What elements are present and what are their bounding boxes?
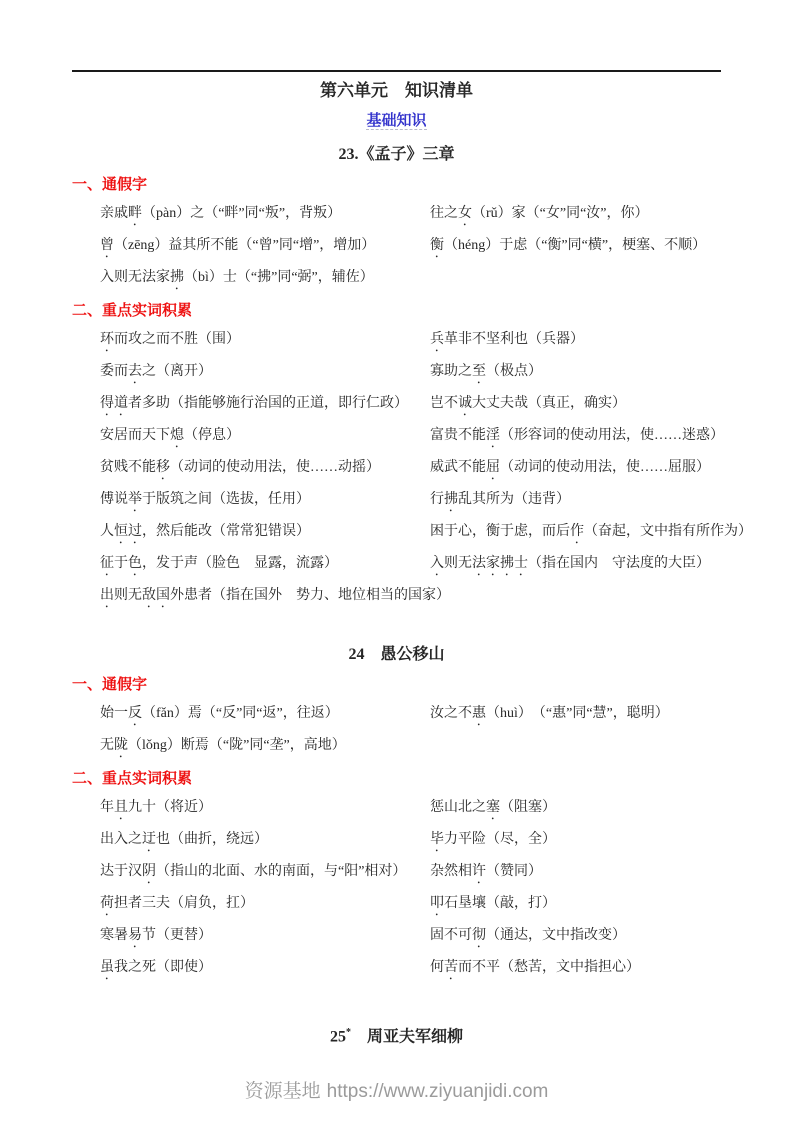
entry-row: 安居而天下熄（停息）富贵不能淫（形容词的使动用法，使……迷惑） [72, 420, 721, 452]
entry-left: 年且九十（将近） [100, 792, 430, 824]
emphasized-word: 许 [472, 864, 486, 879]
entry-row: 出则无敌国外患者（指在国外 势力、地位相当的国家） [72, 580, 721, 612]
lesson-number-sup: * [346, 1027, 351, 1038]
emphasized-word: 塞 [486, 800, 500, 815]
emphasized-word: 举 [128, 492, 142, 507]
footer-watermark: 资源基地https://www.ziyuanjidi.com [72, 1078, 721, 1106]
entry-left: 征于色，发于声（脸色 显露，流露） [100, 548, 430, 580]
emphasized-word: 虽 [100, 960, 114, 975]
emphasized-word: 惠 [472, 706, 486, 721]
header-rule [72, 70, 721, 72]
entry-right: 固不可彻（通达，文中指改变） [430, 920, 721, 952]
entry-left: 安居而天下熄（停息） [100, 420, 430, 452]
emphasized-word: 女 [458, 206, 472, 221]
entry-left: 傅说举于版筑之间（选拔，任用） [100, 484, 430, 516]
entry-row: 委而去之（离开）寡助之至（极点） [72, 356, 721, 388]
emphasized-word: 熄 [170, 428, 184, 443]
entry-right: 兵革非不坚利也（兵器） [430, 324, 721, 356]
emphasized-word: 迂 [142, 832, 156, 847]
entry-right: 毕力平险（尽，全） [430, 824, 721, 856]
basics-link-row: 基础知识 [72, 108, 721, 134]
entry-right: 富贵不能淫（形容词的使动用法，使……迷惑） [430, 420, 724, 452]
entry-right: 岂不诚大丈夫哉（真正，确实） [430, 388, 721, 420]
basics-knowledge-link[interactable]: 基础知识 [366, 113, 426, 130]
entry-row: 曾（zēng）益其所不能（“曾”同“增”，增加）衡（héng）于虑（“衡”同“横… [72, 230, 721, 262]
entry-right: 何苦而不平（愁苦，文中指担心） [430, 952, 721, 984]
emphasized-word: 法家拂士 [472, 556, 528, 571]
entry-row: 傅说举于版筑之间（选拔，任用）行拂乱其所为（违背） [72, 484, 721, 516]
emphasized-word: 入 [430, 556, 444, 571]
entry-row: 虽我之死（即使）何苦而不平（愁苦，文中指担心） [72, 952, 721, 984]
emphasized-word: 苦 [444, 960, 458, 975]
entry-row: 征于色，发于声（脸色 显露，流露）入则无法家拂士（指在国内 守法度的大臣） [72, 548, 721, 580]
entry-right: 威武不能屈（动词的使动用法，使……屈服） [430, 452, 721, 484]
emphasized-word: 荷 [100, 896, 114, 911]
emphasized-word: 衡 [430, 238, 444, 253]
emphasized-word: 恒过 [114, 524, 142, 539]
emphasized-word: 畔 [128, 206, 142, 221]
emphasized-word: 兵 [430, 332, 444, 347]
emphasized-word: 且 [114, 800, 128, 815]
entry-right: 寡助之至（极点） [430, 356, 721, 388]
footer-url: https://www.ziyuanjidi.com [327, 1081, 549, 1102]
entry-left: 出入之迂也（曲折，绕远） [100, 824, 430, 856]
emphasized-word: 陇 [114, 738, 128, 753]
entry-right: 困于心，衡于虑，而后作（奋起，文中指有所作为） [430, 516, 752, 548]
entry-row: 入则无法家拂（bì）士（“拂”同“弼”，辅佐） [72, 262, 721, 294]
entry-left: 贫贱不能移（动词的使动用法，使……动摇） [100, 452, 430, 484]
entry-right: 叩石垦壤（敲，打） [430, 888, 721, 920]
lesson-block-23: 23.《孟子》三章一、通假字亲戚畔（pàn）之（“畔”同“叛”，背叛）往之女（r… [72, 142, 721, 612]
lessons-container: 23.《孟子》三章一、通假字亲戚畔（pàn）之（“畔”同“叛”，背叛）往之女（r… [72, 142, 721, 1050]
entry-right [430, 580, 721, 612]
entry-left: 出则无敌国外患者（指在国外 势力、地位相当的国家） [100, 580, 430, 612]
entry-right [430, 730, 721, 762]
entry-left: 无陇（lǒng）断焉（“陇”同“垄”，高地） [100, 730, 430, 762]
entry-row: 无陇（lǒng）断焉（“陇”同“垄”，高地） [72, 730, 721, 762]
entry-row: 得道者多助（指能够施行治国的正道，即行仁政）岂不诚大丈夫哉（真正，确实） [72, 388, 721, 420]
emphasized-word: 敌国 [142, 588, 170, 603]
emphasized-word: 易 [128, 928, 142, 943]
entry-row: 荷担者三夫（肩负，扛）叩石垦壤（敲，打） [72, 888, 721, 920]
emphasized-word: 诚 [458, 396, 472, 411]
emphasized-word: 征 [100, 556, 114, 571]
section-heading: 二、重点实词积累 [72, 766, 721, 792]
entry-left: 环而攻之而不胜（围） [100, 324, 430, 356]
entry-left: 亲戚畔（pàn）之（“畔”同“叛”，背叛） [100, 198, 430, 230]
entry-row: 人恒过，然后能改（常常犯错误）困于心，衡于虑，而后作（奋起，文中指有所作为） [72, 516, 721, 548]
emphasized-word: 得道 [100, 396, 128, 411]
section-heading: 一、通假字 [72, 172, 721, 198]
entry-right: 惩山北之塞（阻塞） [430, 792, 721, 824]
lesson-block-24: 24 愚公移山一、通假字始一反（fǎn）焉（“反”同“返”，往返）汝之不惠（hu… [72, 642, 721, 984]
entry-left: 入则无法家拂（bì）士（“拂”同“弼”，辅佐） [100, 262, 430, 294]
entry-row: 环而攻之而不胜（围）兵革非不坚利也（兵器） [72, 324, 721, 356]
entry-row: 始一反（fǎn）焉（“反”同“返”，往返）汝之不惠（huì） （“惠”同“慧”，… [72, 698, 721, 730]
entry-row: 贫贱不能移（动词的使动用法，使……动摇）威武不能屈（动词的使动用法，使……屈服） [72, 452, 721, 484]
emphasized-word: 叩 [430, 896, 444, 911]
document-page: 第六单元 知识清单 基础知识 23.《孟子》三章一、通假字亲戚畔（pàn）之（“… [0, 0, 793, 1122]
emphasized-word: 拂 [170, 270, 184, 285]
entry-row: 达于汉阴（指山的北面、水的南面，与“阳”相对）杂然相许（赞同） [72, 856, 721, 888]
emphasized-word: 拂 [444, 492, 458, 507]
entry-right: 汝之不惠（huì） （“惠”同“慧”，聪明） [430, 698, 721, 730]
entry-left: 曾（zēng）益其所不能（“曾”同“增”，增加） [100, 230, 430, 262]
emphasized-word: 屈 [486, 460, 500, 475]
section-heading: 一、通假字 [72, 672, 721, 698]
doc-title: 第六单元 知识清单 [72, 78, 721, 104]
emphasized-word: 移 [156, 460, 170, 475]
entry-left: 达于汉阴（指山的北面、水的南面，与“阳”相对） [100, 856, 430, 888]
emphasized-word: 至 [472, 364, 486, 379]
entry-right: 往之女（rǔ）家（“女”同“汝”，你） [430, 198, 721, 230]
lesson-title: 25* 周亚夫军细柳 [72, 1020, 721, 1050]
entry-row: 寒暑易节（更替）固不可彻（通达，文中指改变） [72, 920, 721, 952]
entry-left: 始一反（fǎn）焉（“反”同“返”，往返） [100, 698, 430, 730]
entry-left: 委而去之（离开） [100, 356, 430, 388]
entry-row: 亲戚畔（pàn）之（“畔”同“叛”，背叛）往之女（rǔ）家（“女”同“汝”，你） [72, 198, 721, 230]
emphasized-word: 彻 [472, 928, 486, 943]
entry-right: 衡（héng）于虑（“衡”同“横”，梗塞、不顺） [430, 230, 721, 262]
entry-left: 得道者多助（指能够施行治国的正道，即行仁政） [100, 388, 430, 420]
entry-right [430, 262, 721, 294]
lesson-title: 23.《孟子》三章 [72, 142, 721, 168]
emphasized-word: 阴 [142, 864, 156, 879]
entry-row: 出入之迂也（曲折，绕远）毕力平险（尽，全） [72, 824, 721, 856]
entry-left: 寒暑易节（更替） [100, 920, 430, 952]
emphasized-word: 作 [570, 524, 584, 539]
entry-right: 杂然相许（赞同） [430, 856, 721, 888]
entry-left: 人恒过，然后能改（常常犯错误） [100, 516, 430, 548]
emphasized-word: 去 [128, 364, 142, 379]
entry-left: 荷担者三夫（肩负，扛） [100, 888, 430, 920]
emphasized-word: 出 [100, 588, 114, 603]
emphasized-word: 色 [128, 556, 142, 571]
footer-site-name: 资源基地 [245, 1081, 321, 1102]
emphasized-word: 毕 [430, 832, 444, 847]
emphasized-word: 淫 [486, 428, 500, 443]
emphasized-word: 反 [128, 706, 142, 721]
entry-right: 行拂乱其所为（违背） [430, 484, 721, 516]
emphasized-word: 曾 [100, 238, 114, 253]
emphasized-word: 环 [100, 332, 114, 347]
lesson-block-25: 25* 周亚夫军细柳 [72, 1020, 721, 1050]
entry-left: 虽我之死（即使） [100, 952, 430, 984]
entry-row: 年且九十（将近）惩山北之塞（阻塞） [72, 792, 721, 824]
entry-right: 入则无法家拂士（指在国内 守法度的大臣） [430, 548, 721, 580]
section-heading: 二、重点实词积累 [72, 298, 721, 324]
lesson-title: 24 愚公移山 [72, 642, 721, 668]
